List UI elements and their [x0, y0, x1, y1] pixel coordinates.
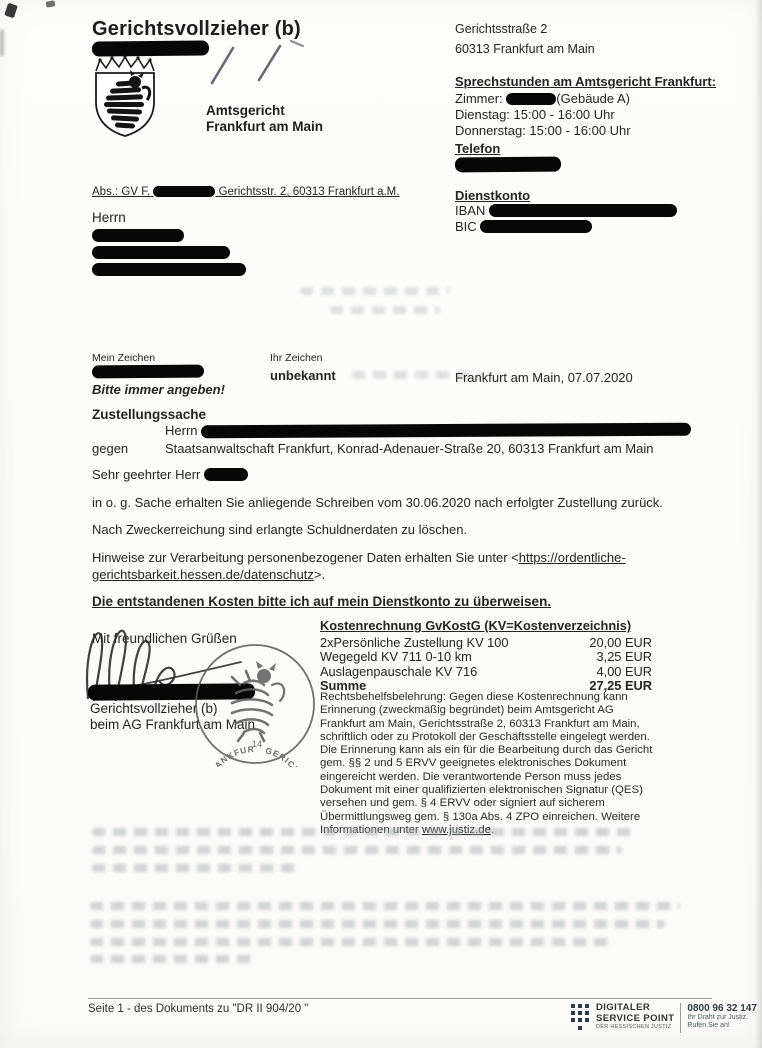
court-city: 60313 Frankfurt am Main	[455, 42, 595, 56]
scan-artifact	[46, 0, 56, 7]
cost-invoice: Kostenrechnung GvKostG (KV=Kostenverzeic…	[320, 619, 652, 694]
room-suffix: (Gebäude A)	[556, 91, 630, 106]
phone-title: Telefon	[455, 141, 500, 156]
subject-party1: Herrn	[165, 423, 691, 438]
stamp-number: 14	[252, 739, 262, 749]
footer-phone-sub2: Rufen Sie an!	[687, 1022, 757, 1030]
dateline: Frankfurt am Main, 07.07.2020	[455, 370, 633, 385]
hours-tuesday: Dienstag: 15:00 - 16:00 Uhr	[455, 107, 615, 122]
redaction-bar	[201, 423, 691, 439]
legal-notice: Rechtsbehelfsbelehrung: Gegen diese Kost…	[320, 691, 656, 837]
court-name-line2: Frankfurt am Main	[206, 119, 323, 135]
redaction-bar	[153, 186, 215, 197]
footer-phone-sub1: Ihr Draht zur Justiz.	[687, 1014, 757, 1022]
scan-artifact	[4, 3, 18, 18]
invoice-item-amount: 3,25 EUR	[597, 650, 652, 665]
footer-logo-line3: DER HESSISCHEN JUSTIZ	[596, 1024, 674, 1030]
recipient-salutation: Herrn	[92, 210, 126, 225]
invoice-row: Auslagenpauschale KV 716 4,00 EUR	[320, 665, 652, 680]
my-reference-label: Mein Zeichen	[92, 352, 155, 364]
invoice-row: 2xPersönliche Zustellung KV 100 20,00 EU…	[320, 636, 652, 651]
scan-artifact	[0, 30, 4, 56]
court-name-line1: Amtsgericht	[206, 103, 323, 119]
subject-vs: gegen	[92, 441, 128, 456]
account-title: Dienstkonto	[455, 188, 530, 203]
footer-page-info: Seite 1 - des Dokuments zu "DR II 904/20…	[88, 1003, 308, 1015]
letter-salutation: Sehr geehrter Herr	[92, 467, 248, 482]
subject-title: Zustellungssache	[92, 407, 206, 422]
footer-logo-line1: DIGITALER	[596, 1003, 674, 1014]
sender-line: Abs.: GV F. Gerichtsstr. 2, 60313 Frankf…	[92, 186, 399, 198]
redaction-bar	[92, 263, 246, 276]
room-label: Zimmer:	[455, 91, 503, 106]
redaction-bar	[92, 229, 184, 242]
hours-thursday: Donnerstag: 15:00 - 16:00 Uhr	[455, 123, 631, 138]
reference-note: Bitte immer angeben!	[92, 382, 225, 397]
footer-phone: 0800 96 32 147	[687, 1003, 757, 1014]
subject-party2: Staatsanwaltschaft Frankfurt, Konrad-Ade…	[165, 441, 653, 456]
office-hours-title: Sprechstunden am Amtsgericht Frankfurt:	[455, 74, 716, 89]
redaction-bar	[506, 93, 556, 105]
stamp-lion-icon	[232, 661, 284, 741]
invoice-item-label: 2xPersönliche Zustellung KV 100	[320, 636, 509, 651]
redaction-bar	[455, 157, 561, 173]
court-street: Gerichtsstraße 2	[455, 22, 547, 36]
your-reference-label: Ihr Zeichen	[270, 352, 323, 364]
invoice-item-amount: 4,00 EUR	[597, 665, 652, 680]
redaction-bar	[92, 365, 204, 379]
scanned-letter-page: Gerichtsvollzieher (b) Amtsger	[0, 0, 762, 1048]
body-paragraph-1: in o. g. Sache erhalten Sie anliegende S…	[92, 495, 707, 510]
redaction-bar	[489, 204, 677, 217]
footer-logo-line2: SERVICE POINT	[596, 1014, 674, 1025]
body-paragraph-3: Hinweise zur Verarbeitung personenbezoge…	[92, 549, 707, 583]
footer-logo-divider	[680, 1003, 681, 1033]
hessen-coat-of-arms	[86, 54, 164, 142]
redaction-bar	[204, 468, 248, 481]
pen-marks	[203, 38, 313, 90]
redaction-bar	[480, 220, 592, 233]
official-stamp-seal: GERICHTSVOLLZIEHER · BEIM AMTSGERICHT · …	[192, 641, 318, 767]
invoice-row: Wegegeld KV 711 0-10 km 3,25 EUR	[320, 650, 652, 665]
iban-label: IBAN	[455, 203, 485, 218]
body-paragraph-2: Nach Zweckerreichung sind erlangte Schul…	[92, 522, 707, 537]
bic-label: BIC	[455, 219, 477, 234]
invoice-item-amount: 20,00 EUR	[589, 636, 652, 651]
your-reference-value: unbekannt	[270, 368, 336, 383]
invoice-title: Kostenrechnung GvKostG (KV=Kostenverzeic…	[320, 619, 652, 634]
invoice-item-label: Wegegeld KV 711 0-10 km	[320, 650, 472, 665]
service-point-dots-icon	[570, 1003, 590, 1033]
invoice-item-label: Auslagenpauschale KV 716	[320, 665, 477, 680]
redaction-bar	[92, 246, 230, 259]
footer-divider	[88, 998, 712, 999]
footer-logo-block: DIGITALER SERVICE POINT DER HESSISCHEN J…	[570, 1003, 757, 1033]
payment-request-line: Die entstandenen Kosten bitte ich auf me…	[92, 594, 551, 609]
